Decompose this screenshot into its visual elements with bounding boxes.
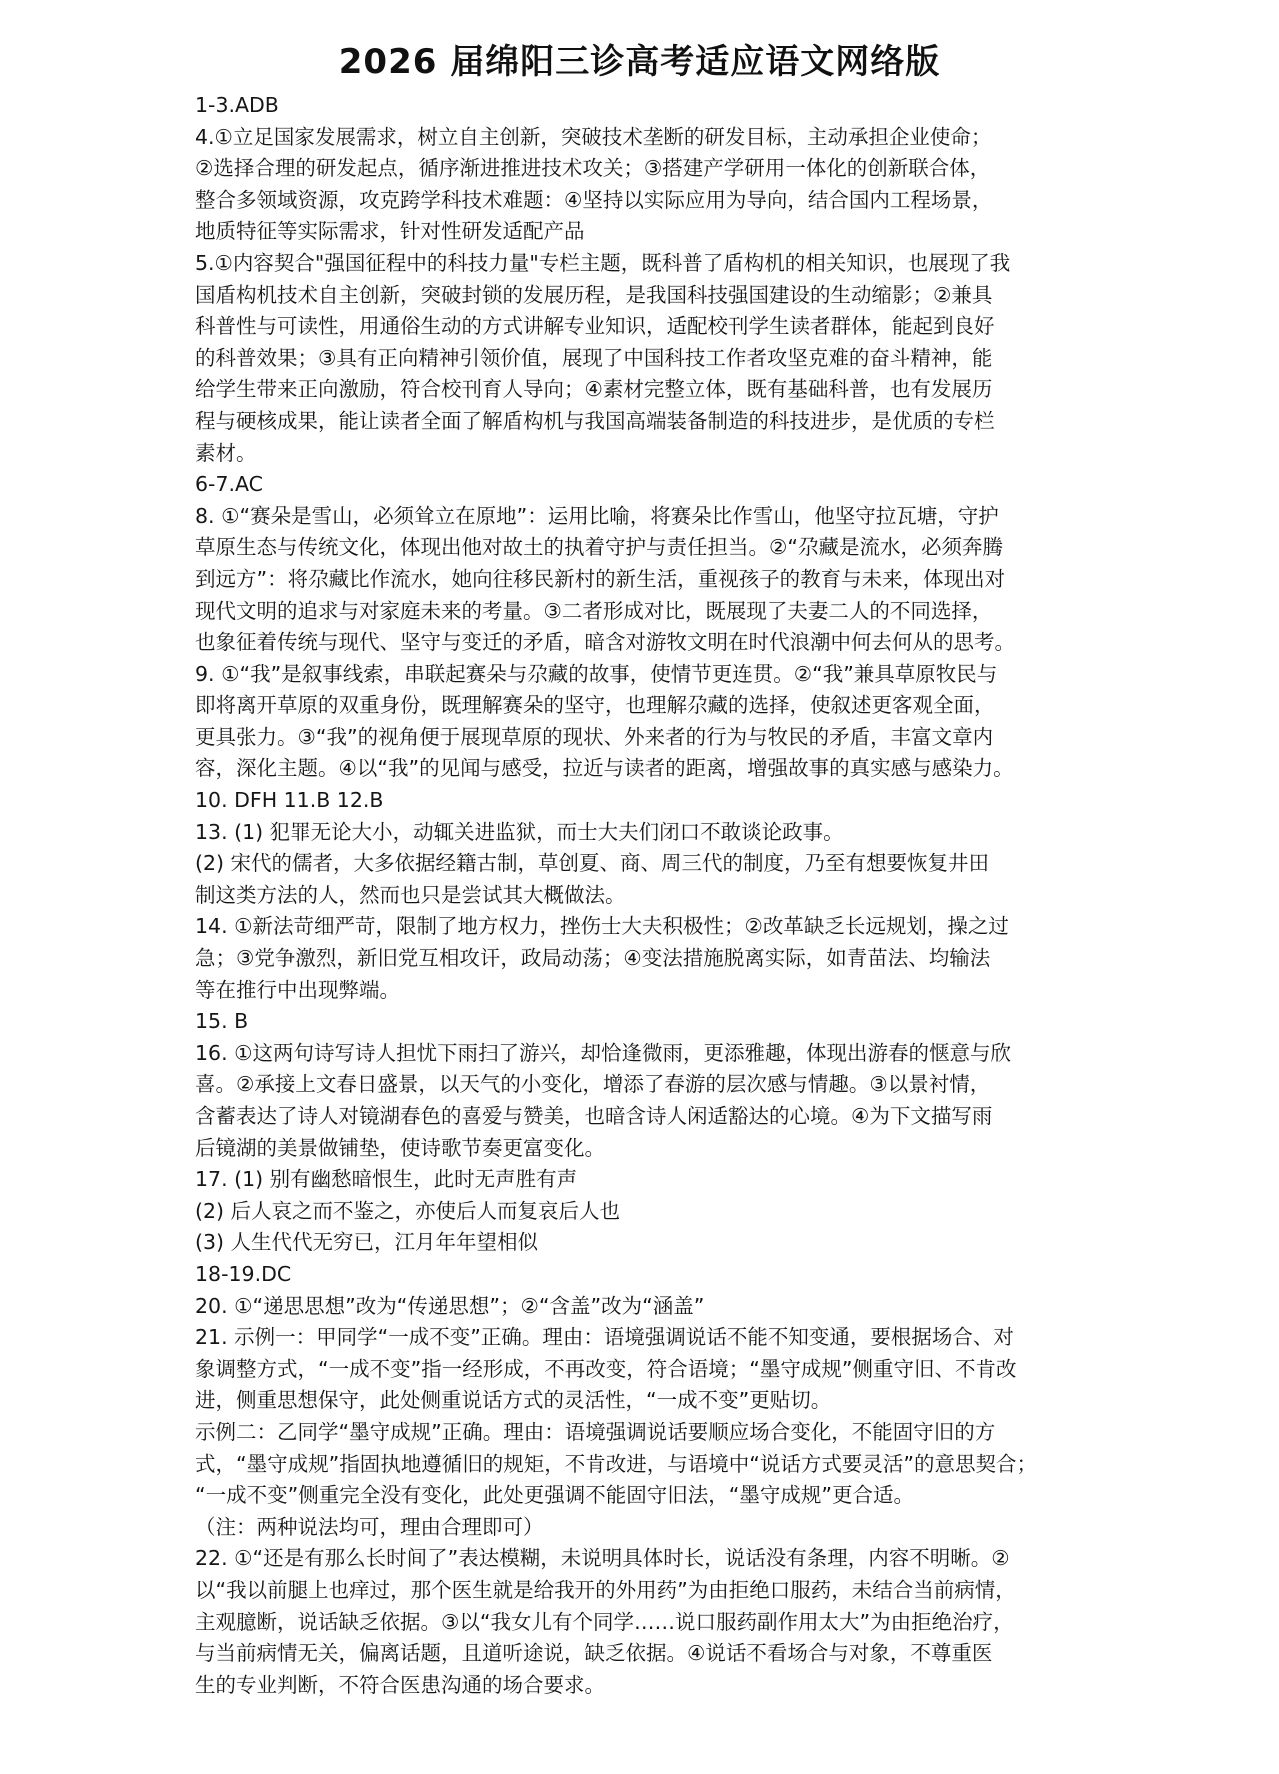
text-line: 17. (1) 别有幽愁暗恨生，此时无声胜有声: [195, 1164, 1085, 1196]
text-line: 现代文明的追求与对家庭未来的考量。③二者形成对比，既展现了夫妻二人的不同选择，: [195, 596, 1085, 628]
text-line: 8. ①“赛朵是雪山，必须耸立在原地”：运用比喻，将赛朵比作雪山，他坚守拉瓦塘，…: [195, 501, 1085, 533]
text-line: 素材。: [195, 438, 1085, 470]
answer-key-page: 2026 届绵阳三诊高考适应语文网络版 1-3.ADB4.①立足国家发展需求，树…: [0, 0, 1279, 1774]
text-line: 主观臆断，说话缺乏依据。③以“我女儿有个同学……说口服药副作用太大”为由拒绝治疗…: [195, 1607, 1085, 1639]
text-line: 容，深化主题。④以“我”的见闻与感受，拉近与读者的距离，增强故事的真实感与感染力…: [195, 753, 1085, 785]
text-line: 程与硬核成果，能让读者全面了解盾构机与我国高端装备制造的科技进步，是优质的专栏: [195, 406, 1085, 438]
text-line: 国盾构机技术自主创新，突破封锁的发展历程，是我国科技强国建设的生动缩影；②兼具: [195, 280, 1085, 312]
text-line: 制这类方法的人，然而也只是尝试其大概做法。: [195, 880, 1085, 912]
text-line: 4.①立足国家发展需求，树立自主创新，突破技术垄断的研发目标，主动承担企业使命；: [195, 122, 1085, 154]
text-line: 给学生带来正向激励，符合校刊育人导向；④素材完整立体，既有基础科普，也有发展历: [195, 374, 1085, 406]
text-line: 生的专业判断，不符合医患沟通的场合要求。: [195, 1670, 1085, 1702]
text-line: 等在推行中出现弊端。: [195, 975, 1085, 1007]
text-line: 20. ①“递思思想”改为“传递思想”；②“含盖”改为“涵盖”: [195, 1291, 1085, 1323]
text-line: 进，侧重思想保守，此处侧重说话方式的灵活性，“一成不变”更贴切。: [195, 1385, 1085, 1417]
text-line: (2) 宋代的儒者，大多依据经籍古制，草创夏、商、周三代的制度，乃至有想要恢复井…: [195, 848, 1085, 880]
text-line: 即将离开草原的双重身份，既理解赛朵的坚守，也理解尕藏的选择，使叙述更客观全面，: [195, 690, 1085, 722]
text-line: 喜。②承接上文春日盛景，以天气的小变化，增添了春游的层次感与情趣。③以景衬情，: [195, 1069, 1085, 1101]
text-line: 21. 示例一：甲同学“一成不变”正确。理由：语境强调说话不能不知变通，要根据场…: [195, 1322, 1085, 1354]
text-line: ②选择合理的研发起点，循序渐进推进技术攻关；③搭建产学研用一体化的创新联合体，: [195, 153, 1085, 185]
text-line: 后镜湖的美景做铺垫，使诗歌节奏更富变化。: [195, 1133, 1085, 1165]
text-line: 5.①内容契合"强国征程中的科技力量"专栏主题，既科普了盾构机的相关知识，也展现…: [195, 248, 1085, 280]
text-line: 整合多领域资源，攻克跨学科技术难题：④坚持以实际应用为导向，结合国内工程场景，: [195, 185, 1085, 217]
text-line: (2) 后人哀之而不鉴之，亦使后人而复哀后人也: [195, 1196, 1085, 1228]
text-line: 22. ①“还是有那么长时间了”表达模糊，未说明具体时长，说话没有条理，内容不明…: [195, 1543, 1085, 1575]
text-line: 1-3.ADB: [195, 90, 1085, 122]
text-line: 科普性与可读性，用通俗生动的方式讲解专业知识，适配校刊学生读者群体，能起到良好: [195, 311, 1085, 343]
text-line: 10. DFH 11.B 12.B: [195, 785, 1085, 817]
text-line: 式，“墨守成规”指固执地遵循旧的规矩，不肯改进，与语境中“说话方式要灵活”的意思…: [195, 1449, 1085, 1481]
answer-body: 1-3.ADB4.①立足国家发展需求，树立自主创新，突破技术垄断的研发目标，主动…: [195, 90, 1085, 1701]
text-line: 6-7.AC: [195, 469, 1085, 501]
text-line: 到远方”：将尕藏比作流水，她向往移民新村的新生活，重视孩子的教育与未来，体现出对: [195, 564, 1085, 596]
text-line: 更具张力。③“我”的视角便于展现草原的现状、外来者的行为与牧民的矛盾，丰富文章内: [195, 722, 1085, 754]
text-line: 与当前病情无关，偏离话题，且道听途说，缺乏依据。④说话不看场合与对象，不尊重医: [195, 1638, 1085, 1670]
text-line: 14. ①新法苛细严苛，限制了地方权力，挫伤士大夫积极性；②改革缺乏长远规划，操…: [195, 911, 1085, 943]
text-line: （注：两种说法均可，理由合理即可）: [195, 1512, 1085, 1544]
text-line: 也象征着传统与现代、坚守与变迁的矛盾，暗含对游牧文明在时代浪潮中何去何从的思考。: [195, 627, 1085, 659]
text-line: “一成不变”侧重完全没有变化，此处更强调不能固守旧法，“墨守成规”更合适。: [195, 1480, 1085, 1512]
text-line: 地质特征等实际需求，针对性研发适配产品: [195, 216, 1085, 248]
text-line: 16. ①这两句诗写诗人担忧下雨扫了游兴，却恰逢微雨，更添雅趣，体现出游春的惬意…: [195, 1038, 1085, 1070]
text-line: 象调整方式，“一成不变”指一经形成，不再改变，符合语境；“墨守成规”侧重守旧、不…: [195, 1354, 1085, 1386]
page-title: 2026 届绵阳三诊高考适应语文网络版: [0, 34, 1279, 83]
text-line: 以“我以前腿上也痒过，那个医生就是给我开的外用药”为由拒绝口服药，未结合当前病情…: [195, 1575, 1085, 1607]
text-line: 急；③党争激烈，新旧党互相攻讦，政局动荡；④变法措施脱离实际，如青苗法、均输法: [195, 943, 1085, 975]
text-line: 示例二：乙同学“墨守成规”正确。理由：语境强调说话要顺应场合变化，不能固守旧的方: [195, 1417, 1085, 1449]
text-line: 15. B: [195, 1006, 1085, 1038]
text-line: (3) 人生代代无穷已，江月年年望相似: [195, 1227, 1085, 1259]
text-line: 18-19.DC: [195, 1259, 1085, 1291]
text-line: 13. (1) 犯罪无论大小，动辄关进监狱，而士大夫们闭口不敢谈论政事。: [195, 817, 1085, 849]
text-line: 草原生态与传统文化，体现出他对故土的执着守护与责任担当。②“尕藏是流水，必须奔腾: [195, 532, 1085, 564]
text-line: 含蓄表达了诗人对镜湖春色的喜爱与赞美，也暗含诗人闲适豁达的心境。④为下文描写雨: [195, 1101, 1085, 1133]
text-line: 9. ①“我”是叙事线索，串联起赛朵与尕藏的故事，使情节更连贯。②“我”兼具草原…: [195, 659, 1085, 691]
text-line: 的科普效果；③具有正向精神引领价值，展现了中国科技工作者攻坚克难的奋斗精神，能: [195, 343, 1085, 375]
